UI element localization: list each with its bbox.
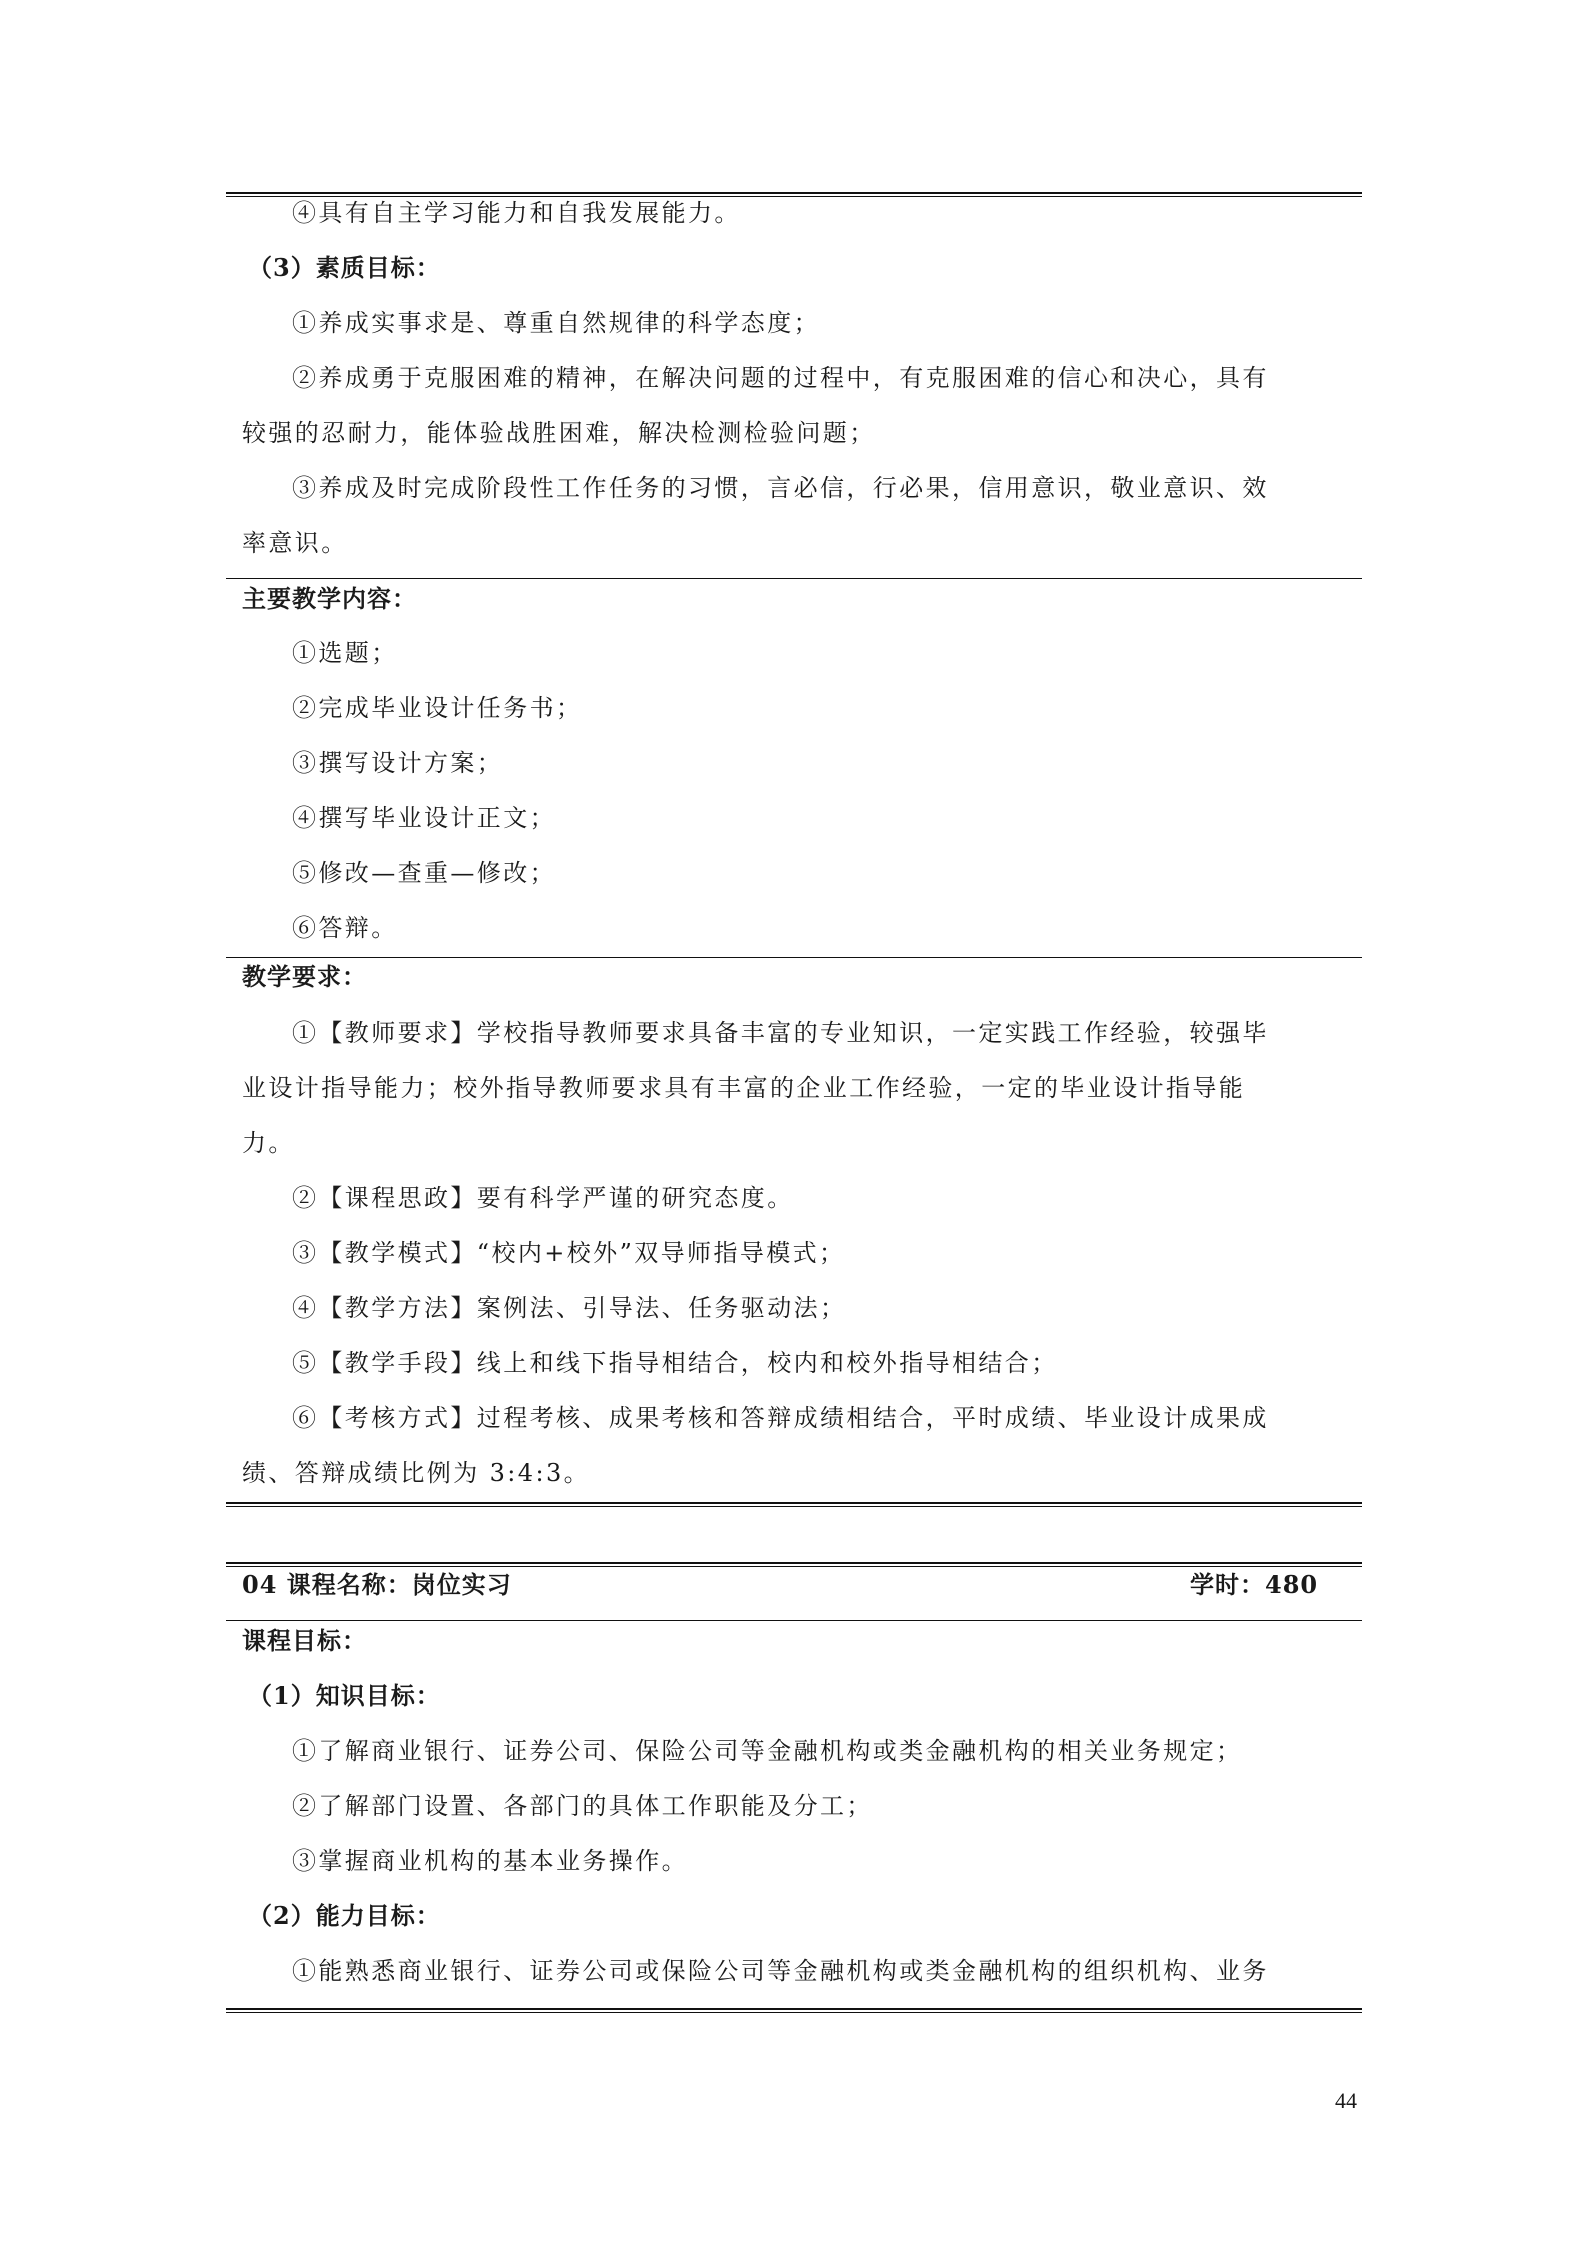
ability-item: ①能熟悉商业银行、证券公司或保险公司等金融机构或类金融机构的组织机构、业务 bbox=[292, 1956, 1362, 1986]
table-bottom-border bbox=[226, 1502, 1362, 1507]
knowledge-item: ②了解部门设置、各部门的具体工作职能及分工； bbox=[292, 1791, 1362, 1821]
quality-item: ③养成及时完成阶段性工作任务的习惯，言必信，行必果，信用意识，敬业意识、效 bbox=[292, 473, 1362, 503]
quality-item: ②养成勇于克服困难的精神，在解决问题的过程中，有克服困难的信心和决心，具有 bbox=[292, 363, 1362, 393]
course-hours: 学时：480 bbox=[1190, 1570, 1318, 1600]
table-top-border bbox=[226, 1562, 1362, 1567]
requirement-line: 力。 bbox=[242, 1128, 1362, 1158]
teaching-content-heading: 主要教学内容： bbox=[242, 584, 1362, 614]
ability-item-4: ④具有自主学习能力和自我发展能力。 bbox=[292, 198, 1362, 228]
requirement-line: ④【教学方法】案例法、引导法、任务驱动法； bbox=[292, 1293, 1362, 1323]
quality-item: ①养成实事求是、尊重自然规律的科学态度； bbox=[292, 308, 1362, 338]
row-divider bbox=[226, 578, 1362, 579]
requirement-line: ⑤【教学手段】线上和线下指导相结合，校内和校外指导相结合； bbox=[292, 1348, 1362, 1378]
knowledge-item: ①了解商业银行、证券公司、保险公司等金融机构或类金融机构的相关业务规定； bbox=[292, 1736, 1362, 1766]
quality-item-continued: 率意识。 bbox=[242, 528, 1362, 558]
requirement-line: ③【教学模式】“校内+校外”双导师指导模式； bbox=[292, 1238, 1362, 1268]
knowledge-item: ③掌握商业机构的基本业务操作。 bbox=[292, 1846, 1362, 1876]
teaching-requirements-heading: 教学要求： bbox=[242, 962, 1362, 992]
knowledge-goal-heading: （1）知识目标： bbox=[248, 1681, 1362, 1711]
content-item: ②完成毕业设计任务书； bbox=[292, 693, 1362, 723]
requirement-line: ②【课程思政】要有科学严谨的研究态度。 bbox=[292, 1183, 1362, 1213]
content-item: ⑥答辩。 bbox=[292, 913, 1362, 943]
quality-item-continued: 较强的忍耐力，能体验战胜困难，解决检测检验问题； bbox=[242, 418, 1362, 448]
row-divider bbox=[226, 1620, 1362, 1621]
requirement-line: ①【教师要求】学校指导教师要求具备丰富的专业知识，一定实践工作经验，较强毕 bbox=[292, 1018, 1362, 1048]
content-item: ⑤修改—查重—修改； bbox=[292, 858, 1362, 888]
content-item: ③撰写设计方案； bbox=[292, 748, 1362, 778]
ability-goal-heading: （2）能力目标： bbox=[248, 1901, 1362, 1931]
quality-goal-heading: （3）素质目标： bbox=[248, 253, 1362, 283]
requirement-line: ⑥【考核方式】过程考核、成果考核和答辩成绩相结合，平时成绩、毕业设计成果成 bbox=[292, 1403, 1362, 1433]
page-number: 44 bbox=[1335, 2088, 1357, 2114]
table-bottom-border bbox=[226, 2008, 1362, 2013]
row-divider bbox=[226, 957, 1362, 958]
course-objectives-heading: 课程目标： bbox=[242, 1626, 1362, 1656]
table-top-border bbox=[226, 192, 1362, 197]
requirement-line: 绩、答辩成绩比例为 3:4:3。 bbox=[242, 1458, 1362, 1488]
content-item: ④撰写毕业设计正文； bbox=[292, 803, 1362, 833]
content-item: ①选题； bbox=[292, 638, 1362, 668]
requirement-line: 业设计指导能力；校外指导教师要求具有丰富的企业工作经验，一定的毕业设计指导能 bbox=[242, 1073, 1362, 1103]
